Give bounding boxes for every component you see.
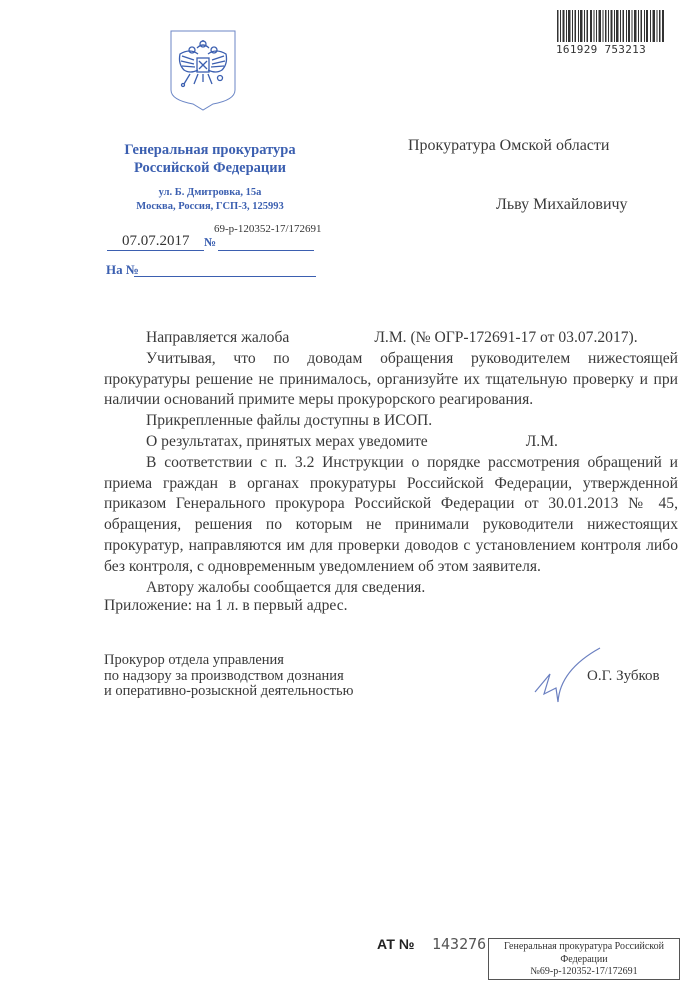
paragraph-complaint: Направляется жалобаЛ.М. (№ ОГР-172691-17… <box>104 328 678 349</box>
registration-stamp: Генеральная прокуратура Российской Федер… <box>488 938 680 980</box>
signer-name: О.Г. Зубков <box>587 668 660 685</box>
stamp-line2: Федерации <box>489 954 679 967</box>
stamp-line3: №69-р-120352-17/172691 <box>489 966 679 979</box>
document-date: 07.07.2017 <box>122 233 190 250</box>
complaint-intro: Направляется жалоба <box>146 329 289 346</box>
paragraph-author-notice: Автору жалобы сообщается для сведения. <box>104 578 678 599</box>
barcode <box>557 10 664 42</box>
notify-text: О результатах, принятых мерах уведомите <box>146 433 428 450</box>
complaint-reference: Л.М. (№ ОГР-172691-17 от 03.07.2017). <box>374 329 637 346</box>
org-name-line1: Генеральная прокуратура <box>100 142 320 159</box>
at-number: 143276 <box>432 935 486 953</box>
recipient-person: Льву Михайловичу <box>496 196 628 214</box>
coat-of-arms-icon <box>168 28 238 112</box>
reply-to-number-underline <box>134 260 316 277</box>
paragraph-notify: О результатах, принятых мерах уведомитеЛ… <box>104 432 678 453</box>
stamp-line1: Генеральная прокуратура Российской <box>489 941 679 954</box>
attachment-note: Приложение: на 1 л. в первый адрес. <box>104 597 348 615</box>
paragraph-attachments: Прикрепленные файлы доступны в ИСОП. <box>104 411 678 432</box>
letter-body: Направляется жалобаЛ.М. (№ ОГР-172691-17… <box>104 328 678 598</box>
signer-title: Прокурор отдела управления по надзору за… <box>104 653 353 700</box>
barcode-number: 161929 753213 <box>556 43 646 56</box>
org-name-line2: Российской Федерации <box>100 160 320 177</box>
number-underline <box>218 232 314 251</box>
number-label: № <box>204 235 216 250</box>
signer-title-line3: и оперативно-розыскной деятельностью <box>104 684 353 700</box>
paragraph-instruction: Учитывая, что по доводам обращения руков… <box>104 349 678 411</box>
org-address-line1: ул. Б. Дмитровка, 15а <box>100 187 320 198</box>
signer-title-line2: по надзору за производством дознания <box>104 669 353 685</box>
notify-initials: Л.М. <box>526 433 558 450</box>
at-number-label: АТ № <box>377 936 414 952</box>
signer-title-line1: Прокурор отдела управления <box>104 653 353 669</box>
recipient-organization: Прокуратура Омской области <box>408 137 609 155</box>
paragraph-regulation: В соответствии с п. 3.2 Инструкции о пор… <box>104 453 678 578</box>
org-address-line2: Москва, Россия, ГСП-3, 125993 <box>100 201 320 212</box>
